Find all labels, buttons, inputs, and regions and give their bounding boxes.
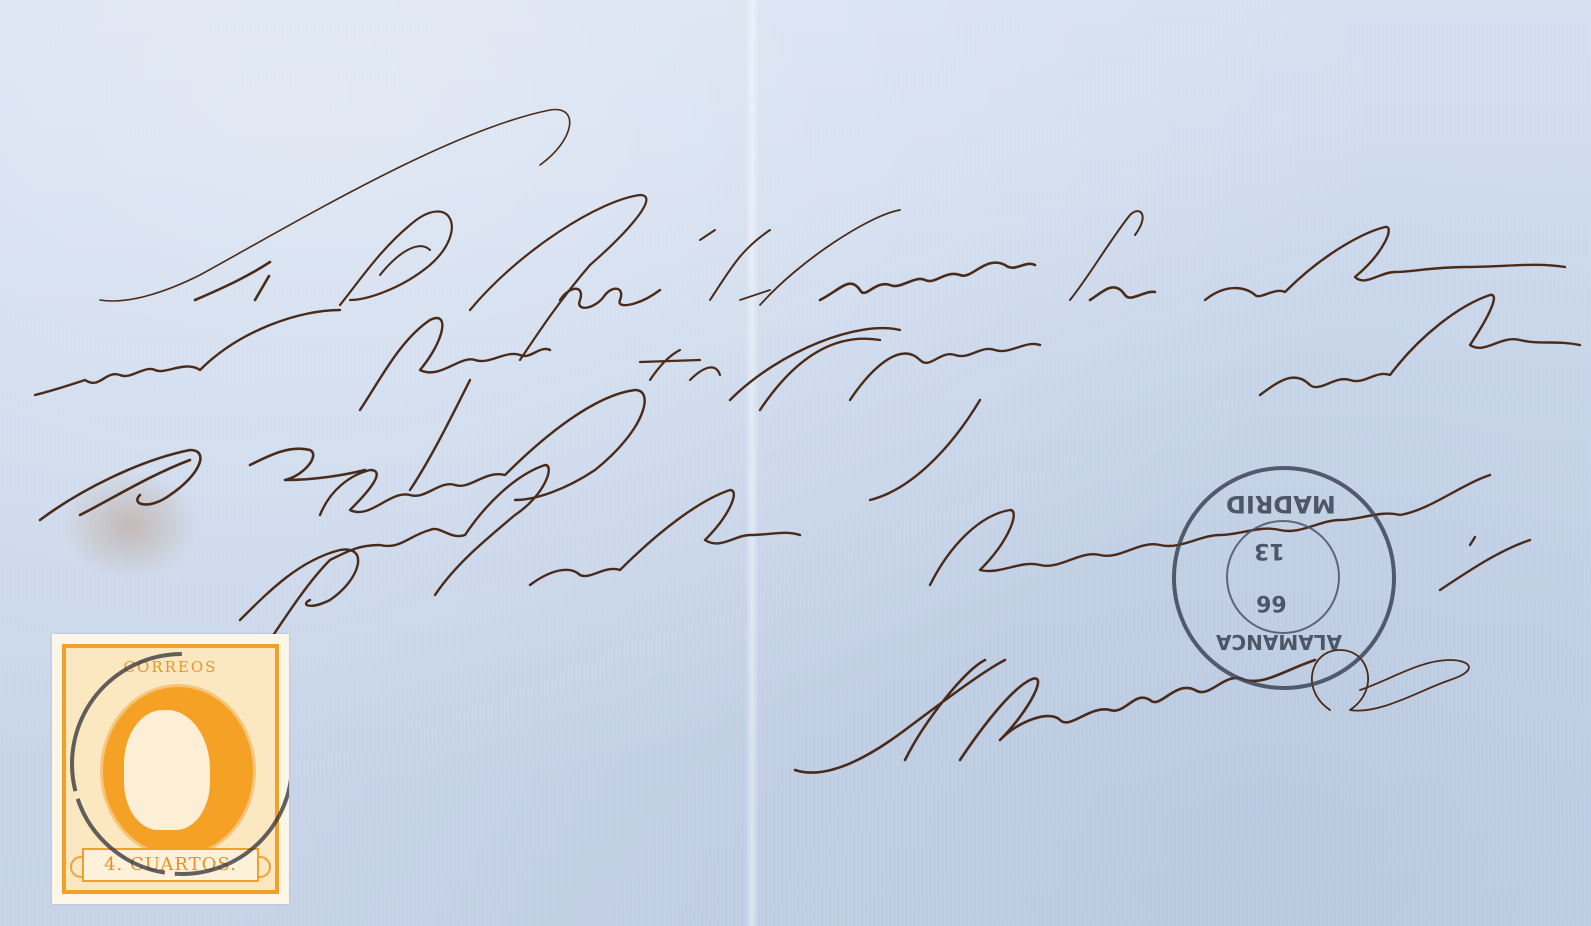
postage-stamp: CORREOS 4. CUARTOS. <box>52 634 289 904</box>
stamp-cancellation-mark <box>52 634 289 904</box>
postmark-day: 13 <box>1254 538 1285 563</box>
postmark-cancel: MADRID ALAMANCA 13 66 <box>1172 466 1396 690</box>
postmark-origin: ALAMANCA <box>1216 630 1342 654</box>
postmark-year: 66 <box>1256 590 1287 615</box>
envelope-cover: Sr. D. José Segundo de Le- ma. Sarg.to M… <box>0 0 1591 926</box>
postmark-city: MADRID <box>1226 490 1336 518</box>
